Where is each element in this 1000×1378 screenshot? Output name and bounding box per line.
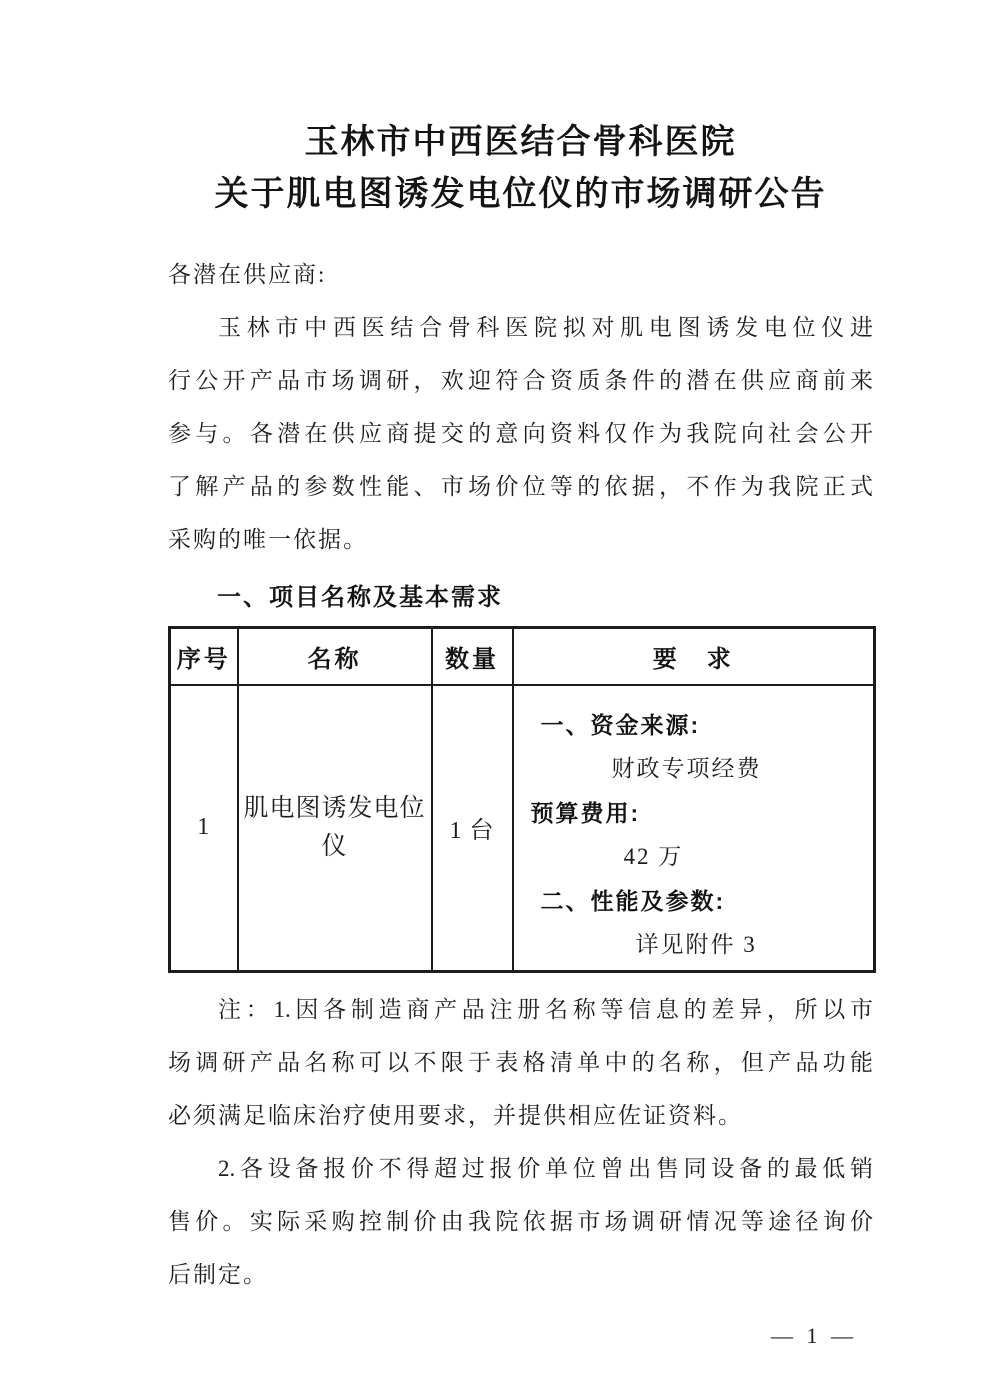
header-index: 序号 [170, 628, 238, 685]
header-requirements: 要 求 [513, 628, 875, 685]
notes-paragraphs: 注：1.因各制造商产品注册名称等信息的差异，所以市 场调研产品名称可以不限于表格… [168, 983, 873, 1301]
page-number: — 1 — [168, 1323, 873, 1349]
document-title-line1: 玉林市中西医结合骨科医院 [168, 116, 873, 168]
salutation: 各潜在供应商: [168, 248, 873, 301]
document-content: 玉林市中西医结合骨科医院 关于肌电图诱发电位仪的市场调研公告 各潜在供应商: 玉… [168, 0, 873, 1349]
item-name: 肌电图诱发电位仪 [242, 790, 428, 866]
requirement-line: 42 万 [624, 835, 874, 879]
cell-quantity: 1 台 [432, 685, 513, 972]
note-line: 售价。实际采购控制价由我院依据市场调研情况等途径询价 [168, 1195, 873, 1248]
intro-line: 行公开产品市场调研，欢迎符合资质条件的潜在供应商前来 [168, 354, 873, 407]
cell-requirements: 一、资金来源: 财政专项经费 预算费用: 42 万 二、性能及参数: 详见附件 … [513, 685, 875, 972]
note-line: 场调研产品名称可以不限于表格清单中的名称，但产品功能 [168, 1036, 873, 1089]
table-header-row: 序号 名称 数量 要 求 [170, 628, 875, 685]
requirement-line: 一、资金来源: [541, 703, 874, 747]
note-line: 后制定。 [168, 1248, 873, 1301]
requirement-line: 详见附件 3 [636, 923, 874, 967]
table-row: 1 肌电图诱发电位仪 1 台 一、资金来源: 财政专项经费 预算费用: 42 万… [170, 685, 875, 972]
requirement-line: 财政专项经费 [612, 747, 874, 791]
intro-line: 采购的唯一依据。 [168, 513, 873, 566]
requirements-table: 序号 名称 数量 要 求 1 肌电图诱发电位仪 1 台 一、资金来源: 财政专项… [168, 626, 876, 973]
section-heading: 一、项目名称及基本需求 [168, 578, 873, 618]
note-line: 必须满足临床治疗使用要求，并提供相应佐证资料。 [168, 1089, 873, 1142]
document-title: 玉林市中西医结合骨科医院 关于肌电图诱发电位仪的市场调研公告 [168, 116, 873, 220]
intro-line: 参与。各潜在供应商提交的意向资料仅作为我院向社会公开 [168, 407, 873, 460]
cell-name: 肌电图诱发电位仪 [238, 685, 432, 972]
header-name: 名称 [238, 628, 432, 685]
note-line: 注：1.因各制造商产品注册名称等信息的差异，所以市 [168, 983, 873, 1036]
requirement-line: 预算费用: [531, 791, 874, 835]
intro-paragraph: 玉林市中西医结合骨科医院拟对肌电图诱发电位仪进 行公开产品市场调研，欢迎符合资质… [168, 301, 873, 566]
document-title-line2: 关于肌电图诱发电位仪的市场调研公告 [168, 168, 873, 220]
requirements-list: 一、资金来源: 财政专项经费 预算费用: 42 万 二、性能及参数: 详见附件 … [514, 689, 874, 967]
note-line: 2.各设备报价不得超过报价单位曾出售同设备的最低销 [168, 1142, 873, 1195]
cell-index: 1 [170, 685, 238, 972]
document-page: 玉林市中西医结合骨科医院 关于肌电图诱发电位仪的市场调研公告 各潜在供应商: 玉… [0, 0, 1000, 1378]
intro-line: 玉林市中西医结合骨科医院拟对肌电图诱发电位仪进 [168, 301, 873, 354]
header-quantity: 数量 [432, 628, 513, 685]
intro-line: 了解产品的参数性能、市场价位等的依据，不作为我院正式 [168, 460, 873, 513]
requirement-line: 二、性能及参数: [541, 879, 874, 923]
